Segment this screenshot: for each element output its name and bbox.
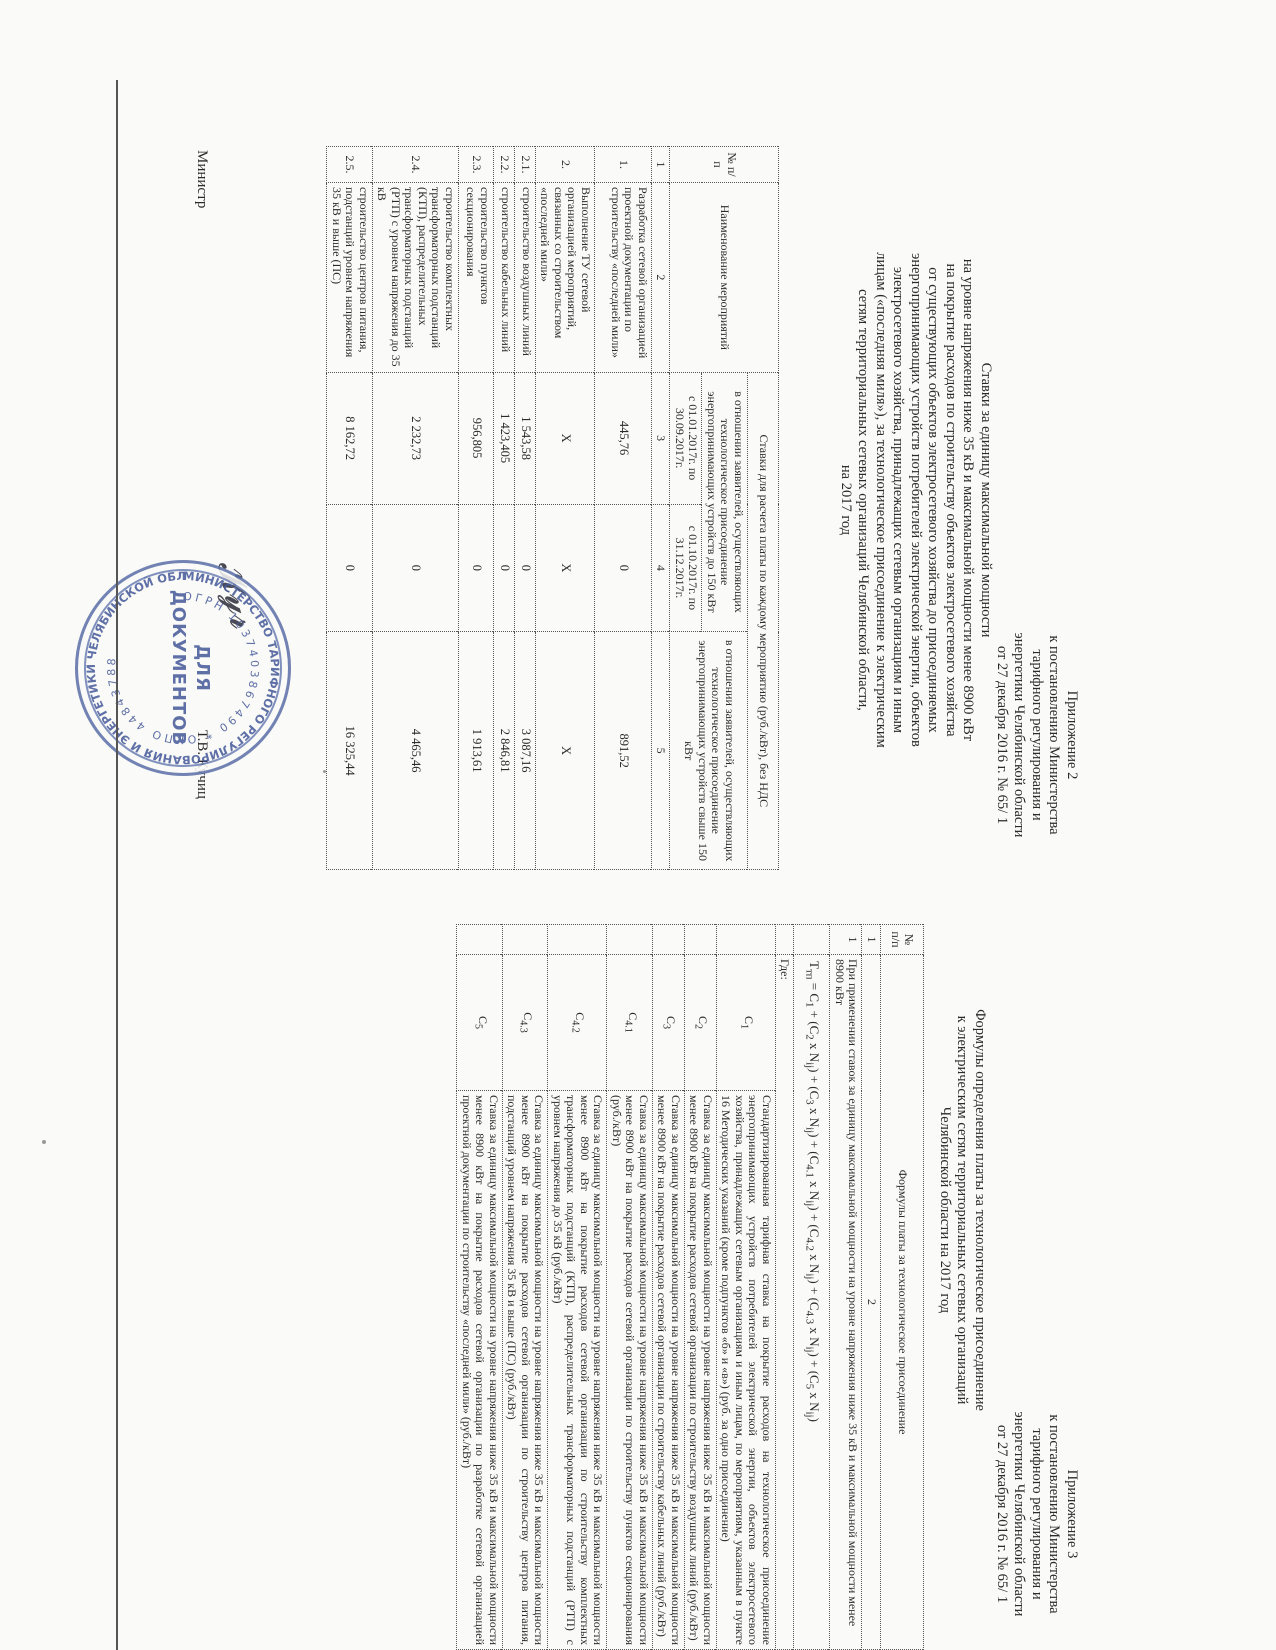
empty-cell <box>548 925 607 955</box>
rate-period2: 0 <box>595 504 652 632</box>
rate-over150: 2 846,81 <box>494 632 515 870</box>
table-row: 1 При применении ставок за единицу макси… <box>830 925 862 1650</box>
appendix2-header-line: к постановлению Министерства <box>1045 600 1063 870</box>
appendix2-title: Ставки за единицу максимальной мощности … <box>837 130 995 870</box>
table-row: 2.Выполнение ТУ сетевой организацией мер… <box>536 147 595 870</box>
definition-row: C2Ставка за единицу максимальной мощност… <box>684 925 716 1650</box>
rate-period2: Х <box>536 504 595 632</box>
definition-symbol: C4.3 <box>502 955 548 1091</box>
definition-symbol: C5 <box>457 955 503 1091</box>
stamp-center-line: ДОКУМЕНТОВ <box>166 563 190 773</box>
appendix3-title: Формулы определения платы за технологиче… <box>936 950 989 1470</box>
appendix2-header-line: тарифного регулирования и <box>1028 600 1046 870</box>
title-line: Челябинской области на 2017 год <box>936 950 954 1470</box>
index-cell: 3 <box>652 372 671 504</box>
rate-over150: 4 465,46 <box>373 632 459 870</box>
definition-text: Ставка за единицу максимальной мощности … <box>607 1091 653 1650</box>
index-cell: 2 <box>652 182 671 372</box>
appendix3-header-line: от 27 декабря 2016 г. № 65/ 1 <box>993 1378 1011 1650</box>
row-name: строительство центров питания, подстанци… <box>327 182 373 372</box>
definition-symbol: C1 <box>716 955 775 1091</box>
col-header-rates: Ставки для расчета платы по каждому меро… <box>748 372 779 869</box>
rate-period1: Х <box>536 372 595 504</box>
empty-cell <box>652 925 684 955</box>
scanned-document-page: Приложение 2 к постановлению Министерств… <box>0 0 1276 1650</box>
table-row: 2.2.строительство кабельных линий1 423,4… <box>494 147 515 870</box>
row-name: строительство пунктов секционирования <box>459 182 494 372</box>
definition-row: C1Стандартизированная тарифная ставка на… <box>716 925 775 1650</box>
rate-period1: 8 162,72 <box>327 372 373 504</box>
appendix3-header-line: тарифного регулирования и <box>1028 1378 1046 1650</box>
title-line: электросетевого хозяйства, принадлежащих… <box>889 130 907 870</box>
row-number: 2.5. <box>327 147 373 183</box>
stamp-center-line: ДЛЯ <box>190 563 214 773</box>
rate-over150: Х <box>536 632 595 870</box>
col-header-upto150: в отношении заявителей, осуществляющих т… <box>702 372 748 632</box>
title-line: на 2017 год <box>837 130 855 870</box>
col-header-formula: Формулы платы за технологическое присоед… <box>881 955 924 1650</box>
definition-row: C4.2Ставка за единицу максимальной мощно… <box>548 925 607 1650</box>
title-line: энергопринимающих устройств потребителей… <box>907 130 925 870</box>
title-line: лицам («последняя миля»), за технологиче… <box>872 130 890 870</box>
rate-period2: 0 <box>327 504 373 632</box>
definition-symbol: C2 <box>684 955 716 1091</box>
rate-period1: 2 232,73 <box>373 372 459 504</box>
rate-over150: 3 087,16 <box>515 632 536 870</box>
title-line: от существующих объектов электросетевого… <box>924 130 942 870</box>
appendix2-rates-table: № п/п Наименование мероприятий Ставки дл… <box>327 146 780 870</box>
scan-speck <box>42 1140 46 1144</box>
stamp-center: ДЛЯ ДОКУМЕНТОВ <box>166 563 214 773</box>
appendix2-table-body: 1.Разработка сетевой организацией проект… <box>327 147 652 870</box>
table-row: 2.3.строительство пунктов секционировани… <box>459 147 494 870</box>
appendix3-header-line: к постановлению Министерства <box>1045 1378 1063 1650</box>
index-cell: 2 <box>862 955 881 1650</box>
empty-cell <box>457 925 503 955</box>
definition-text: Ставка за единицу максимальной мощности … <box>652 1091 684 1650</box>
table-row: 2.4.строительство комплектных трансформа… <box>373 147 459 870</box>
title-line: на уровне напряжения ниже 35 кВ и максим… <box>959 130 977 870</box>
table-index-row: 1 2 3 4 5 <box>652 147 671 870</box>
row-name: строительство комплектных трансформаторн… <box>373 182 459 372</box>
index-cell: 1 <box>862 925 881 955</box>
table-header-row: № п/п Наименование мероприятий Ставки дл… <box>748 147 779 870</box>
definition-text: Ставка за единицу максимальной мощности … <box>457 1091 503 1650</box>
appendix3-definitions-body: C1Стандартизированная тарифная ставка на… <box>457 925 776 1650</box>
appendix2-header-line: энергетики Челябинской области <box>1010 600 1028 870</box>
title-line: к электрическим сетям территориальных се… <box>953 950 971 1470</box>
appendix2-header-line: от 27 декабря 2016 г. № 65/ 1 <box>993 600 1011 870</box>
col-header-name: Наименование мероприятий <box>670 182 779 372</box>
definition-row: C4.3Ставка за единицу максимальной мощно… <box>502 925 548 1650</box>
empty-cell <box>684 925 716 955</box>
definition-symbol: C3 <box>652 955 684 1091</box>
definition-text: Стандартизированная тарифная ставка на п… <box>716 1091 775 1650</box>
rate-period1: 956,805 <box>459 372 494 504</box>
table-row: 2.5.строительство центров питания, подст… <box>327 147 373 870</box>
row-name: строительство кабельных линий <box>494 182 515 372</box>
definition-symbol: C4.2 <box>548 955 607 1091</box>
rate-period2: 0 <box>494 504 515 632</box>
row-number: 2.1. <box>515 147 536 183</box>
definition-row: C4.1Ставка за единицу максимальной мощно… <box>607 925 653 1650</box>
appendix2-header-line: Приложение 2 <box>1063 600 1081 870</box>
table-index-row: 1 2 <box>862 925 881 1650</box>
empty-cell <box>607 925 653 955</box>
minister-label: Министр <box>193 150 210 208</box>
col-header-period1: с 01.01.2017г. по 30.09.2017г. <box>670 372 702 504</box>
row-number: 2.2. <box>494 147 515 183</box>
index-cell: 5 <box>652 632 671 870</box>
row-name: Выполнение ТУ сетевой организацией мероп… <box>536 182 595 372</box>
rate-over150: 16 325,44 <box>327 632 373 870</box>
row-number: 2.4. <box>373 147 459 183</box>
appendix3-header: Приложение 3 к постановлению Министерств… <box>993 1378 1081 1650</box>
rate-period1: 1 423,405 <box>494 372 515 504</box>
empty-cell <box>716 925 775 955</box>
table-header-row: № п/п Формулы платы за технологическое п… <box>881 925 924 1650</box>
title-line: на покрытие расходов по строительству об… <box>942 130 960 870</box>
row-name: Разработка сетевой организацией проектно… <box>595 182 652 372</box>
appendix2-header: Приложение 2 к постановлению Министерств… <box>993 600 1081 870</box>
definition-text: Ставка за единицу максимальной мощности … <box>548 1091 607 1650</box>
scan-speck <box>323 770 326 773</box>
title-line: сетям территориальных сетевых организаци… <box>854 130 872 870</box>
formula-row: Tтп = C1 + (C2 x Nij) + (C3 x Nij) + (C4… <box>794 925 830 1650</box>
col-header-period2: с 01.10.2017г. по 31.12.2017г. <box>670 504 702 632</box>
empty-cell <box>502 925 548 955</box>
row-description: При применении ставок за единицу максима… <box>830 955 862 1650</box>
definition-text: Ставка за единицу максимальной мощности … <box>684 1091 716 1650</box>
empty-cell <box>775 925 794 955</box>
definition-row: C3Ставка за единицу максимальной мощност… <box>652 925 684 1650</box>
table-row: 2.1.строительство воздушных линий1 543,5… <box>515 147 536 870</box>
row-name: строительство воздушных линий <box>515 182 536 372</box>
formula-cell: Tтп = C1 + (C2 x Nij) + (C3 x Nij) + (C4… <box>794 955 830 1650</box>
row-number: 2.3. <box>459 147 494 183</box>
where-row: Где: <box>775 925 794 1650</box>
rate-over150: 891,52 <box>595 632 652 870</box>
col-header-number: № п/п <box>670 147 779 183</box>
definition-row: C5Ставка за единицу максимальной мощност… <box>457 925 503 1650</box>
col-header-number: № п/п <box>881 925 924 955</box>
rate-period1: 445,76 <box>595 372 652 504</box>
row-number: 1 <box>830 925 862 955</box>
empty-cell <box>794 925 830 955</box>
row-number: 2. <box>536 147 595 183</box>
appendix3-header-line: энергетики Челябинской области <box>1010 1378 1028 1650</box>
appendix3-formulas-table: № п/п Формулы платы за технологическое п… <box>456 924 924 1650</box>
rate-period2: 0 <box>515 504 536 632</box>
index-cell: 1 <box>652 147 671 183</box>
title-line: Ставки за единицу максимальной мощности <box>977 130 995 870</box>
col-header-over150: в отношении заявителей, осуществляющих т… <box>670 632 748 870</box>
index-cell: 4 <box>652 504 671 632</box>
rate-over150: 1 913,61 <box>459 632 494 870</box>
rate-period1: 1 543,58 <box>515 372 536 504</box>
rate-period2: 0 <box>373 504 459 632</box>
definition-symbol: C4.1 <box>607 955 653 1091</box>
scan-fold-line <box>116 80 118 1650</box>
definition-text: Ставка за единицу максимальной мощности … <box>502 1091 548 1650</box>
rate-period2: 0 <box>459 504 494 632</box>
official-stamp: МИНИСТЕРСТВО ТАРИФНОГО РЕГУЛИРОВАНИЯ И Э… <box>75 560 291 776</box>
where-label: Где: <box>775 955 794 1650</box>
appendix3-header-line: Приложение 3 <box>1063 1378 1081 1650</box>
title-line: Формулы определения платы за технологиче… <box>971 950 989 1470</box>
row-number: 1. <box>595 147 652 183</box>
table-row: 1.Разработка сетевой организацией проект… <box>595 147 652 870</box>
